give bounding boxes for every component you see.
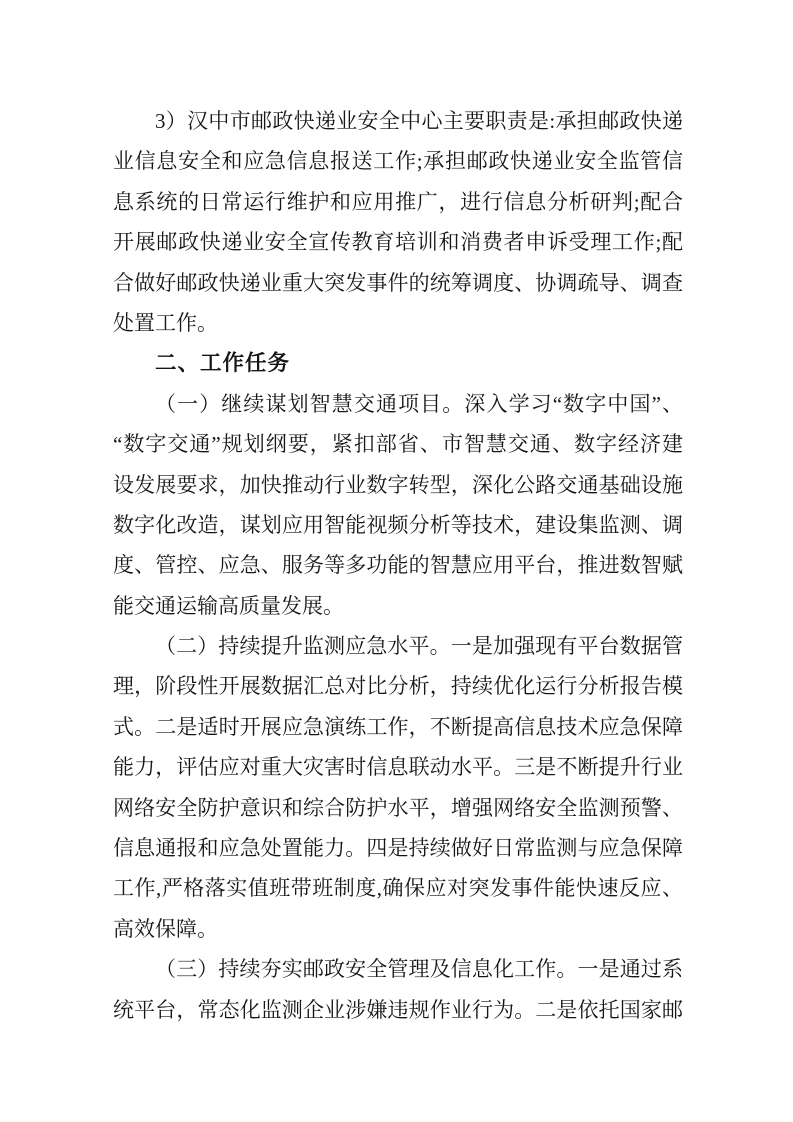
text-line: 合做好邮政快递业重大突发事件的统筹调度、协调疏导、调查 [113,263,683,303]
text-line: （三）持续夯实邮政安全管理及信息化工作。一是通过系 [113,949,683,989]
text-line: 设发展要求，加快推动行业数字转型，深化公路交通基础设施 [113,465,683,505]
text-line: 息系统的日常运行维护和应用推广，进行信息分析研判;配合 [113,182,683,222]
section-heading: 二、工作任务 [113,343,683,383]
text-line: 网络安全防护意识和综合防护水平，增强网络安全监测预警、 [113,788,683,828]
text-line: 开展邮政快递业安全宣传教育培训和消费者申诉受理工作;配 [113,222,683,262]
paragraph-duties: 3）汉中市邮政快递业安全中心主要职责是:承担邮政快递 业信息安全和应急信息报送工… [113,101,683,343]
text-line: 数字化改造，谋划应用智能视频分析等技术，建设集监测、调 [113,505,683,545]
section-heading-container: 二、工作任务 [113,343,683,383]
text-line: 能交通运输高质量发展。 [113,586,683,626]
text-line: （二）持续提升监测应急水平。一是加强现有平台数据管 [113,626,683,666]
text-line: 高效保障。 [113,909,683,949]
paragraph-task-3: （三）持续夯实邮政安全管理及信息化工作。一是通过系 统平台，常态化监测企业涉嫌违… [113,949,683,1030]
text-line: 工作,严格落实值班带班制度,确保应对突发事件能快速反应、 [113,868,683,908]
text-line: “数字交通”规划纲要，紧扣部省、市智慧交通、数字经济建 [113,424,683,464]
paragraph-task-1: （一）继续谋划智慧交通项目。深入学习“数字中国”、 “数字交通”规划纲要，紧扣部… [113,384,683,626]
text-line: 处置工作。 [113,303,683,343]
text-line: 业信息安全和应急信息报送工作;承担邮政快递业安全监管信 [113,141,683,181]
paragraph-task-2: （二）持续提升监测应急水平。一是加强现有平台数据管 理，阶段性开展数据汇总对比分… [113,626,683,949]
text-line: 信息通报和应急处置能力。四是持续做好日常监测与应急保障 [113,828,683,868]
text-line: 式。二是适时开展应急演练工作，不断提高信息技术应急保障 [113,707,683,747]
text-block: 3）汉中市邮政快递业安全中心主要职责是:承担邮政快递 业信息安全和应急信息报送工… [113,101,683,1030]
text-line: 理，阶段性开展数据汇总对比分析，持续优化运行分析报告模 [113,666,683,706]
text-line: 统平台，常态化监测企业涉嫌违规作业行为。二是依托国家邮 [113,990,683,1030]
text-line: 度、管控、应急、服务等多功能的智慧应用平台，推进数智赋 [113,545,683,585]
text-line: 能力，评估应对重大灾害时信息联动水平。三是不断提升行业 [113,747,683,787]
document-page: 3）汉中市邮政快递业安全中心主要职责是:承担邮政快递 业信息安全和应急信息报送工… [0,0,793,1122]
text-line: 3）汉中市邮政快递业安全中心主要职责是:承担邮政快递 [113,101,683,141]
text-line: （一）继续谋划智慧交通项目。深入学习“数字中国”、 [113,384,683,424]
